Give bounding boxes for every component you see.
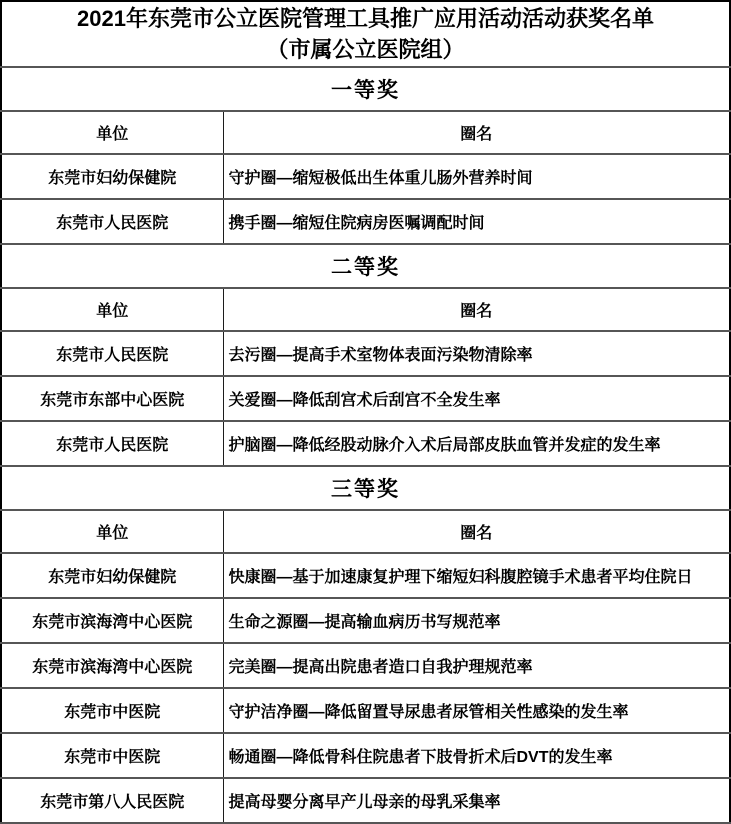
document-title-line2: （市属公立医院组）	[10, 34, 721, 65]
table-row: 东莞市滨海湾中心医院 生命之源圈—提高输血病历书写规范率	[1, 598, 730, 643]
document-title-line1: 2021年东莞市公立医院管理工具推广应用活动活动获奖名单	[10, 3, 721, 34]
award-table: 2021年东莞市公立医院管理工具推广应用活动活动获奖名单 （市属公立医院组） 一…	[0, 0, 731, 824]
header-row: 单位 圈名	[1, 510, 730, 553]
unit-cell: 东莞市妇幼保健院	[1, 553, 223, 598]
table-row: 东莞市东部中心医院 关爱圈—降低刮宫术后刮宫不全发生率	[1, 376, 730, 421]
unit-cell: 东莞市人民医院	[1, 421, 223, 466]
table-row: 东莞市中医院 畅通圈—降低骨科住院患者下肢骨折术后DVT的发生率	[1, 733, 730, 778]
circle-cell: 关爱圈—降低刮宫术后刮宫不全发生率	[223, 376, 730, 421]
table-row: 东莞市人民医院 去污圈—提高手术室物体表面污染物清除率	[1, 331, 730, 376]
unit-cell: 东莞市滨海湾中心医院	[1, 598, 223, 643]
circle-cell: 完美圈—提高出院患者造口自我护理规范率	[223, 643, 730, 688]
unit-cell: 东莞市人民医院	[1, 331, 223, 376]
unit-cell: 东莞市妇幼保健院	[1, 154, 223, 199]
circle-cell: 畅通圈—降低骨科住院患者下肢骨折术后DVT的发生率	[223, 733, 730, 778]
column-header-unit: 单位	[1, 510, 223, 553]
table-row: 东莞市人民医院 携手圈—缩短住院病房医嘱调配时间	[1, 199, 730, 244]
header-row: 单位 圈名	[1, 111, 730, 154]
circle-cell: 守护洁净圈—降低留置导尿患者尿管相关性感染的发生率	[223, 688, 730, 733]
header-row: 单位 圈名	[1, 288, 730, 331]
title-row: 2021年东莞市公立医院管理工具推广应用活动活动获奖名单 （市属公立医院组）	[1, 1, 730, 67]
section-header-first-prize: 一等奖	[1, 67, 730, 111]
unit-cell: 东莞市中医院	[1, 688, 223, 733]
document-title: 2021年东莞市公立医院管理工具推广应用活动活动获奖名单 （市属公立医院组）	[1, 1, 730, 67]
section-header-second-prize: 二等奖	[1, 244, 730, 288]
column-header-circle: 圈名	[223, 510, 730, 553]
circle-cell: 生命之源圈—提高输血病历书写规范率	[223, 598, 730, 643]
table-row: 东莞市滨海湾中心医院 完美圈—提高出院患者造口自我护理规范率	[1, 643, 730, 688]
table-row: 东莞市人民医院 护脑圈—降低经股动脉介入术后局部皮肤血管并发症的发生率	[1, 421, 730, 466]
circle-cell: 提高母婴分离早产儿母亲的母乳采集率	[223, 778, 730, 823]
circle-cell: 守护圈—缩短极低出生体重儿肠外营养时间	[223, 154, 730, 199]
circle-cell: 快康圈—基于加速康复护理下缩短妇科腹腔镜手术患者平均住院日	[223, 553, 730, 598]
table-row: 东莞市中医院 守护洁净圈—降低留置导尿患者尿管相关性感染的发生率	[1, 688, 730, 733]
section-row-second-prize: 二等奖	[1, 244, 730, 288]
section-row-first-prize: 一等奖	[1, 67, 730, 111]
column-header-circle: 圈名	[223, 111, 730, 154]
table-row: 东莞市妇幼保健院 快康圈—基于加速康复护理下缩短妇科腹腔镜手术患者平均住院日	[1, 553, 730, 598]
table-row: 东莞市第八人民医院 提高母婴分离早产儿母亲的母乳采集率	[1, 778, 730, 823]
section-row-third-prize: 三等奖	[1, 466, 730, 510]
unit-cell: 东莞市东部中心医院	[1, 376, 223, 421]
table-row: 东莞市妇幼保健院 守护圈—缩短极低出生体重儿肠外营养时间	[1, 154, 730, 199]
circle-cell: 携手圈—缩短住院病房医嘱调配时间	[223, 199, 730, 244]
unit-cell: 东莞市人民医院	[1, 199, 223, 244]
document-page: 2021年东莞市公立医院管理工具推广应用活动活动获奖名单 （市属公立医院组） 一…	[0, 0, 731, 824]
column-header-circle: 圈名	[223, 288, 730, 331]
circle-cell: 护脑圈—降低经股动脉介入术后局部皮肤血管并发症的发生率	[223, 421, 730, 466]
unit-cell: 东莞市滨海湾中心医院	[1, 643, 223, 688]
column-header-unit: 单位	[1, 111, 223, 154]
unit-cell: 东莞市中医院	[1, 733, 223, 778]
column-header-unit: 单位	[1, 288, 223, 331]
unit-cell: 东莞市第八人民医院	[1, 778, 223, 823]
section-header-third-prize: 三等奖	[1, 466, 730, 510]
circle-cell: 去污圈—提高手术室物体表面污染物清除率	[223, 331, 730, 376]
